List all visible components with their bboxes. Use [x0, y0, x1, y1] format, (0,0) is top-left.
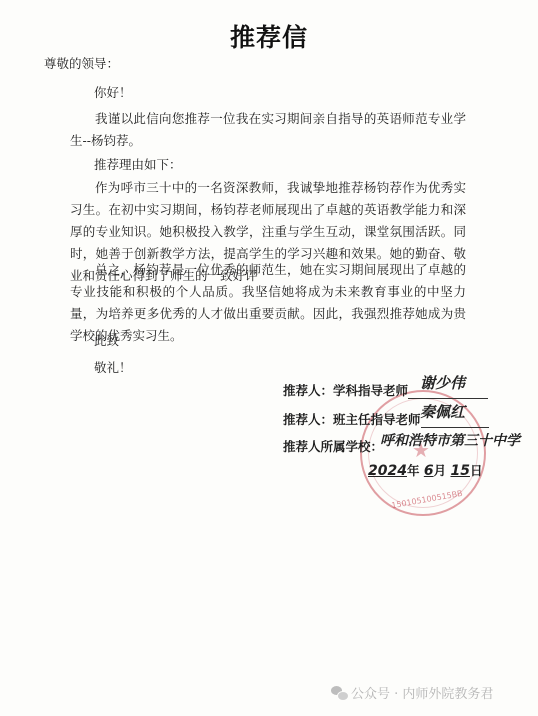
recommendation-letter-page: 推荐信 尊敬的领导： 你好！ 我谨以此信向您推荐一位我在实习期间亲自指导的英语师… — [0, 0, 538, 716]
letter-title: 推荐信 — [0, 18, 538, 54]
homeroom-teacher-label: 推荐人：班主任指导老师 — [283, 412, 421, 427]
greeting: 你好！ — [94, 83, 132, 101]
watermark-text: 公众号 · 内师外院教务君 — [351, 683, 493, 702]
closing-line-1: 此致 — [94, 331, 119, 349]
date-month: 6 — [424, 463, 434, 479]
wechat-icon — [331, 686, 347, 700]
date-year: 2024 — [368, 463, 407, 479]
reasons-heading: 推荐理由如下： — [94, 155, 182, 173]
school-label: 推荐人所属学校： — [283, 439, 383, 454]
date-year-suffix: 年 — [407, 463, 420, 478]
intro-paragraph: 我谨以此信向您推荐一位我在实习期间亲自指导的英语师范专业学生--杨钧荐。 — [70, 108, 466, 152]
date-day: 15 — [450, 463, 469, 479]
school-signature-row: 推荐人所属学校： — [283, 437, 383, 455]
signature-date: 2024年 6月 15日 — [368, 461, 482, 479]
homeroom-teacher-handwritten-signature: 秦佩红 — [420, 401, 465, 422]
closing-line-2: 敬礼！ — [94, 358, 132, 376]
date-month-suffix: 月 — [434, 463, 447, 478]
salutation: 尊敬的领导： — [44, 54, 119, 72]
subject-teacher-handwritten-signature: 谢少伟 — [420, 372, 465, 393]
subject-teacher-label: 推荐人：学科指导老师 — [283, 383, 408, 398]
school-handwritten-name: 呼和浩特市第三十中学 — [380, 430, 520, 450]
wechat-watermark: 公众号 · 内师外院教务君 — [331, 683, 493, 702]
date-day-suffix: 日 — [470, 463, 483, 478]
body-paragraph-2: 总之，杨钧荐是一位优秀的师范生，她在实习期间展现出了卓越的专业技能和积极的个人品… — [70, 259, 466, 347]
